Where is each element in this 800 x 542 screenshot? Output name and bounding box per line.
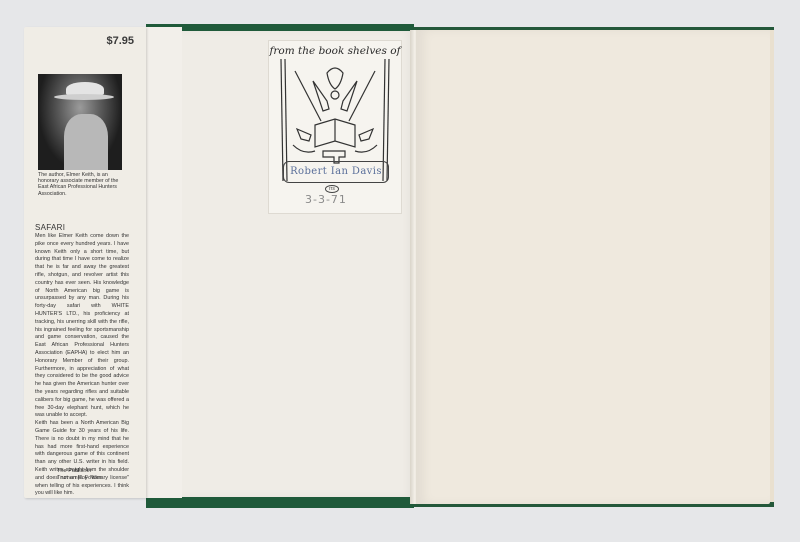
bookplate-heading: from the book shelves of <box>269 45 401 57</box>
dust-jacket-flap: $7.95 The author, Elmer Keith, is an hon… <box>24 27 146 498</box>
flap-blurb: Men like Elmer Keith come down the pike … <box>35 233 129 498</box>
signature-name: Truman R. Fowler <box>57 475 102 482</box>
author-figure-shape <box>64 114 108 170</box>
flap-section-title: SAFARI <box>35 223 65 232</box>
signature-title: The Publisher <box>57 468 102 475</box>
dust-jacket-fold <box>146 27 182 498</box>
publisher-signature: The Publisher Truman R. Fowler <box>57 468 102 483</box>
page-fore-edge <box>770 30 774 502</box>
blurb-paragraph-1: Men like Elmer Keith come down the pike … <box>35 233 129 420</box>
bookplate: from the book shelves of <box>268 40 402 214</box>
bookplate-monogram: rrs <box>325 185 339 193</box>
blank-right-page <box>416 30 770 504</box>
blurb-paragraph-2: Keith has been a North American Big Game… <box>35 420 129 498</box>
price-label: $7.95 <box>106 35 134 47</box>
handwritten-date: 3-3-71 <box>305 193 347 206</box>
bookplate-owner-name: Robert Ian Davis <box>283 161 389 183</box>
photo-caption: The author, Elmer Keith, is an honorary … <box>38 172 126 197</box>
open-book-photo: $7.95 The author, Elmer Keith, is an hon… <box>0 0 800 542</box>
author-photo <box>38 74 122 170</box>
hat-brim-shape <box>54 94 114 100</box>
